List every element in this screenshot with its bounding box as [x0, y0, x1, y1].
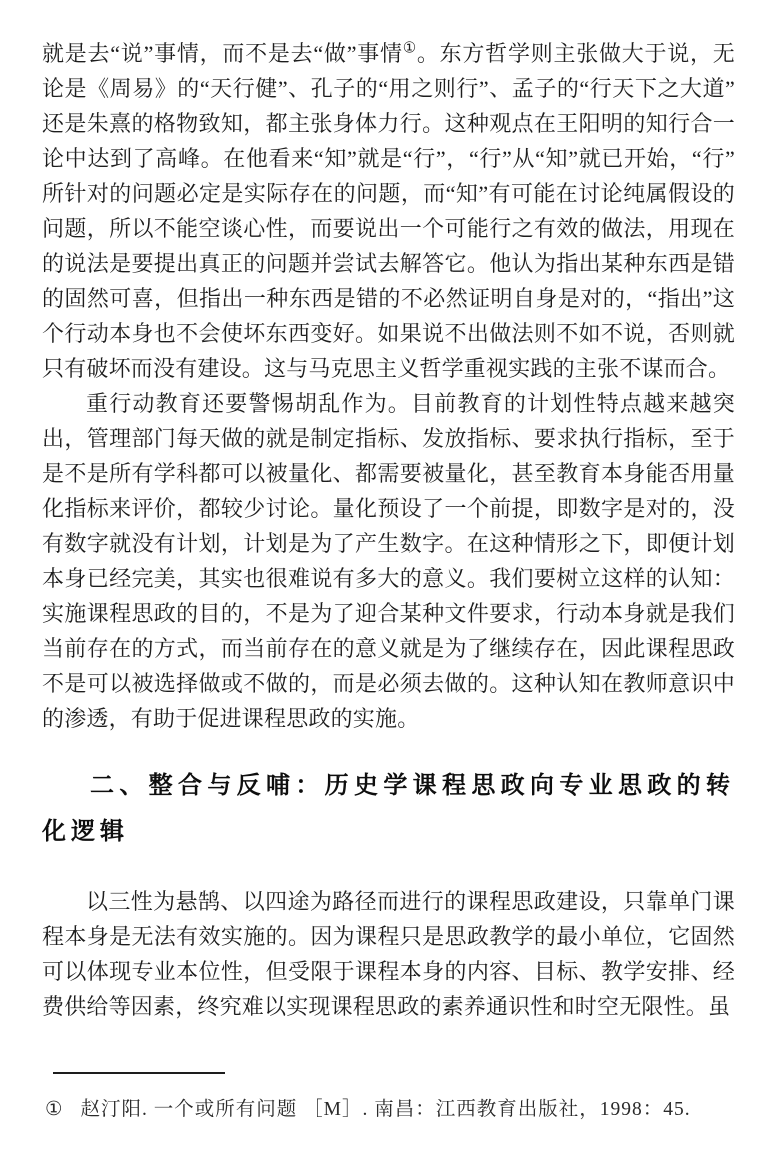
- body-paragraph: 重行动教育还要警惕胡乱作为。目前教育的计划性特点越来越突出，管理部门每天做的就是…: [42, 386, 735, 736]
- body-paragraph: 以三性为悬鹄、以四途为路径而进行的课程思政建设，只靠单门课程本身是无法有效实施的…: [42, 884, 735, 1024]
- section-heading: 二、整合与反哺：历史学课程思政向专业思政的转化逻辑: [42, 763, 735, 855]
- page-text-block: 就是去“说”事情，而不是去“做”事情①。东方哲学则主张做大于说，无论是《周易》的…: [42, 36, 735, 1024]
- paragraph-text: 。东方哲学则主张做大于说，无论是《周易》的“天行健”、孔子的“用之则行”、孟子的…: [42, 41, 735, 381]
- footnote-marker: ①: [45, 1099, 63, 1120]
- paragraph-text: 就是去“说”事情，而不是去“做”事情: [42, 41, 403, 66]
- footnote: ①赵汀阳. 一个或所有问题 ［M］. 南昌：江西教育出版社，1998：45.: [45, 1096, 735, 1124]
- body-paragraph: 就是去“说”事情，而不是去“做”事情①。东方哲学则主张做大于说，无论是《周易》的…: [42, 36, 735, 386]
- footnote-separator: [53, 1072, 225, 1074]
- footnote-reference: ①: [403, 41, 417, 57]
- footnote-area: ①赵汀阳. 一个或所有问题 ［M］. 南昌：江西教育出版社，1998：45.: [42, 1062, 735, 1149]
- document-page: 就是去“说”事情，而不是去“做”事情①。东方哲学则主张做大于说，无论是《周易》的…: [0, 0, 777, 1149]
- footnote-text: 赵汀阳. 一个或所有问题 ［M］. 南昌：江西教育出版社，1998：45.: [80, 1099, 690, 1120]
